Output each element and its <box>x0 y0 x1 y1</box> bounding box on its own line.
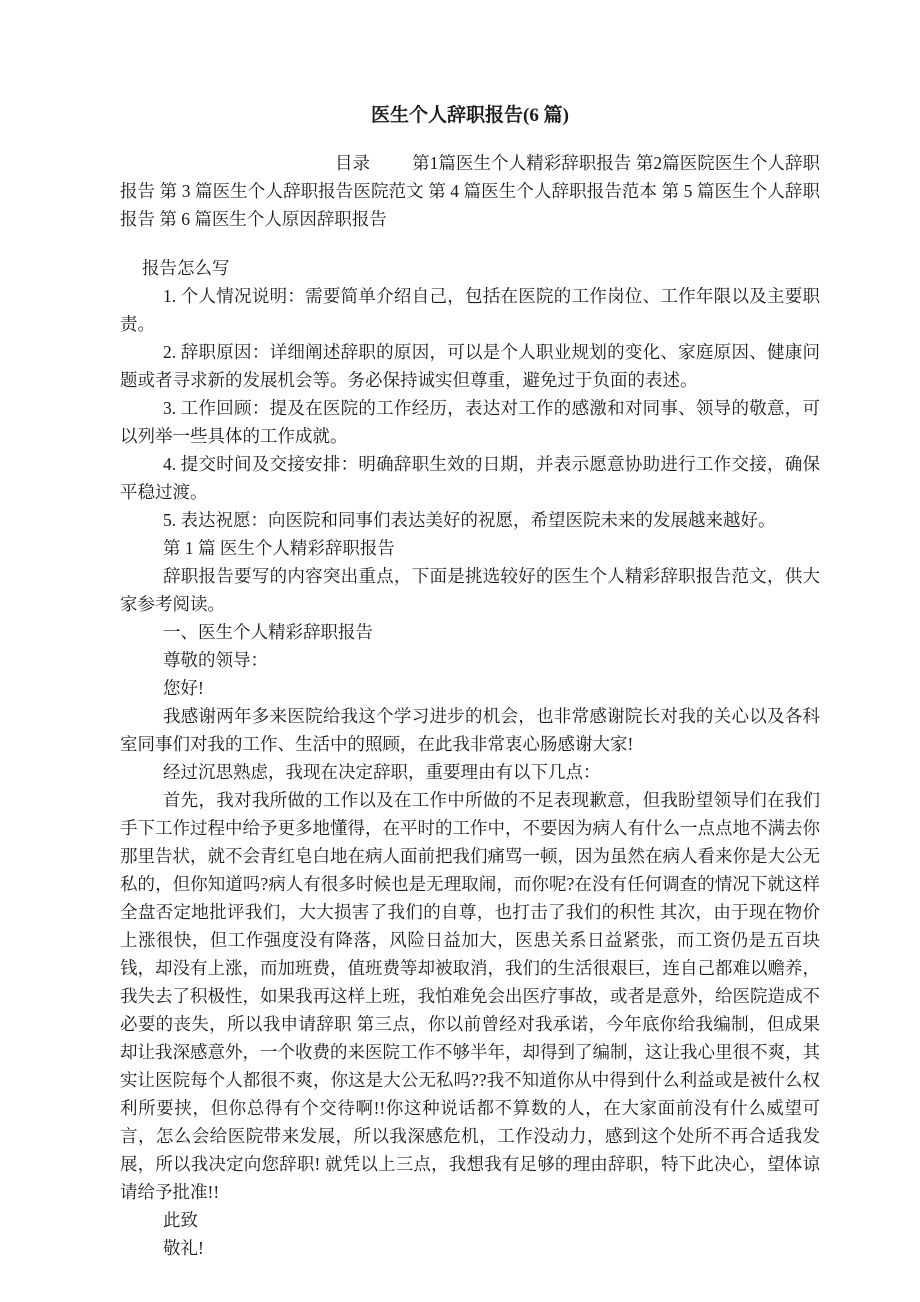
table-of-contents: 目录第1篇医生个人精彩辞职报告 第2篇医院医生个人辞职报告 第 3 篇医生个人辞… <box>120 149 820 233</box>
letter-paragraph-thanks: 我感谢两年多来医院给我这个学习进步的机会，也非常感谢院长对我的关心以及各科室同事… <box>120 702 820 758</box>
guide-item-3: 3. 工作回顾：提及在医院的工作经历，表达对工作的感激和对同事、领导的敬意，可以… <box>120 394 820 450</box>
article-1-subheading: 一、医生个人精彩辞职报告 <box>120 618 820 646</box>
section-heading-how-to-write: 报告怎么写 <box>120 254 820 282</box>
letter-paragraph-decision: 经过沉思熟虑，我现在决定辞职，重要理由有以下几点： <box>120 758 820 786</box>
article-1-intro: 辞职报告要写的内容突出重点，下面是挑选较好的医生个人精彩辞职报告范文，供大家参考… <box>120 562 820 618</box>
guide-item-4: 4. 提交时间及交接安排：明确辞职生效的日期，并表示愿意协助进行工作交接，确保平… <box>120 450 820 506</box>
document-title: 医生个人辞职报告(6 篇) <box>120 102 820 130</box>
toc-label: 目录 <box>335 153 370 173</box>
letter-paragraph-reasons: 首先，我对我所做的工作以及在工作中所做的不足表现歉意，但我盼望领导们在我们手下工… <box>120 786 820 1206</box>
guide-item-5: 5. 表达祝愿：向医院和同事们表达美好的祝愿，希望医院未来的发展越来越好。 <box>120 506 820 534</box>
guide-item-1: 1. 个人情况说明：需要简单介绍自己，包括在医院的工作岗位、工作年限以及主要职责… <box>120 282 820 338</box>
greeting-line: 您好! <box>120 674 820 702</box>
salutation-line: 尊敬的领导： <box>120 646 820 674</box>
article-1-heading: 第 1 篇 医生个人精彩辞职报告 <box>120 534 820 562</box>
closing-cizhi: 此致 <box>120 1206 820 1234</box>
closing-jingli: 敬礼! <box>120 1234 820 1262</box>
guide-item-2: 2. 辞职原因：详细阐述辞职的原因，可以是个人职业规划的变化、家庭原因、健康问题… <box>120 338 820 394</box>
document-page: 医生个人辞职报告(6 篇) 目录第1篇医生个人精彩辞职报告 第2篇医院医生个人辞… <box>0 0 920 1302</box>
toc-entries: 第1篇医生个人精彩辞职报告 第2篇医院医生个人辞职报告 第 3 篇医生个人辞职报… <box>120 153 820 229</box>
